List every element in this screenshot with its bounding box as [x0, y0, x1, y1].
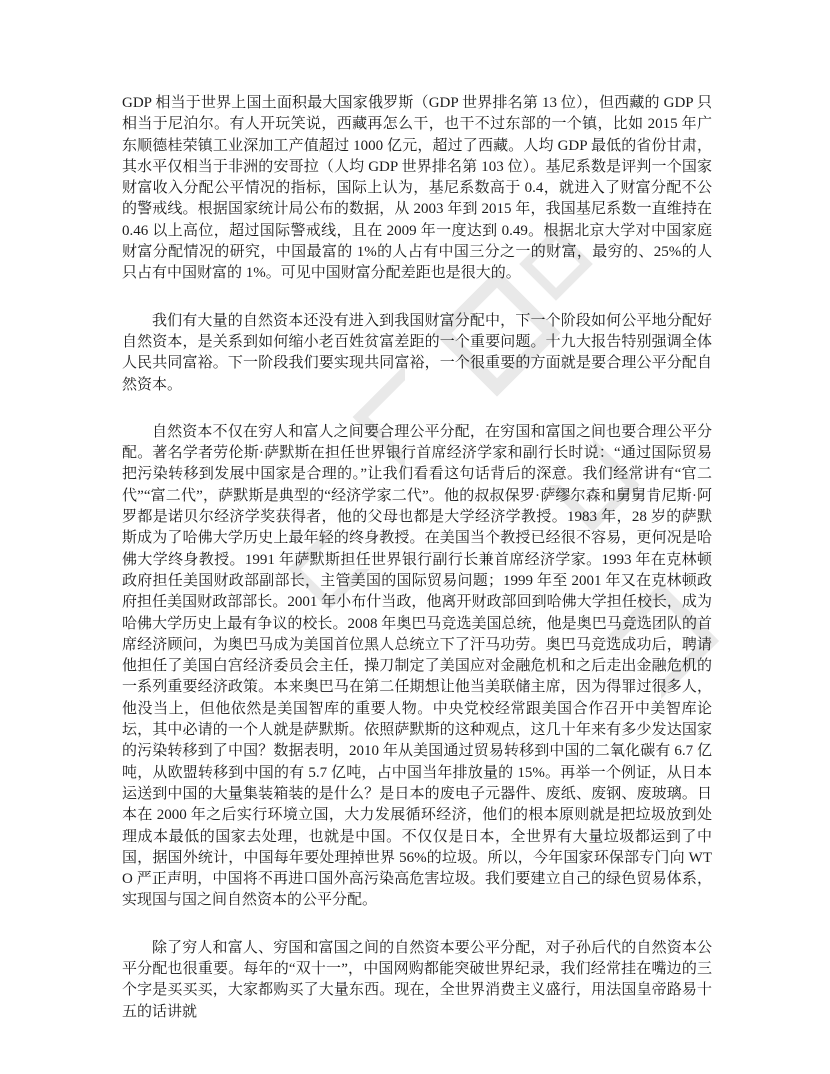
paragraph-natural-capital-distribution: 我们有大量的自然资本还没有进入到我国财富分配中，下一个阶段如何公平地分配好自然资… [122, 311, 712, 396]
paragraph-gdp-gini: GDP 相当于世界上国土面积最大国家俄罗斯（GDP 世界排名第 13 位），但西… [122, 93, 712, 285]
paragraph-future-generations: 除了穷人和富人、穷国和富国之间的自然资本要公平分配，对子孙后代的自然资本公平分配… [122, 938, 712, 1023]
paragraph-summers-pollution-transfer: 自然资本不仅在穷人和富人之间要合理公平分配，在穷国和富国之间也要合理公平分配。著… [122, 422, 712, 912]
document-page: GDP 相当于世界上国土面积最大国家俄罗斯（GDP 世界排名第 13 位），但西… [0, 0, 830, 1074]
text-body: GDP 相当于世界上国土面积最大国家俄罗斯（GDP 世界排名第 13 位），但西… [122, 93, 712, 1049]
